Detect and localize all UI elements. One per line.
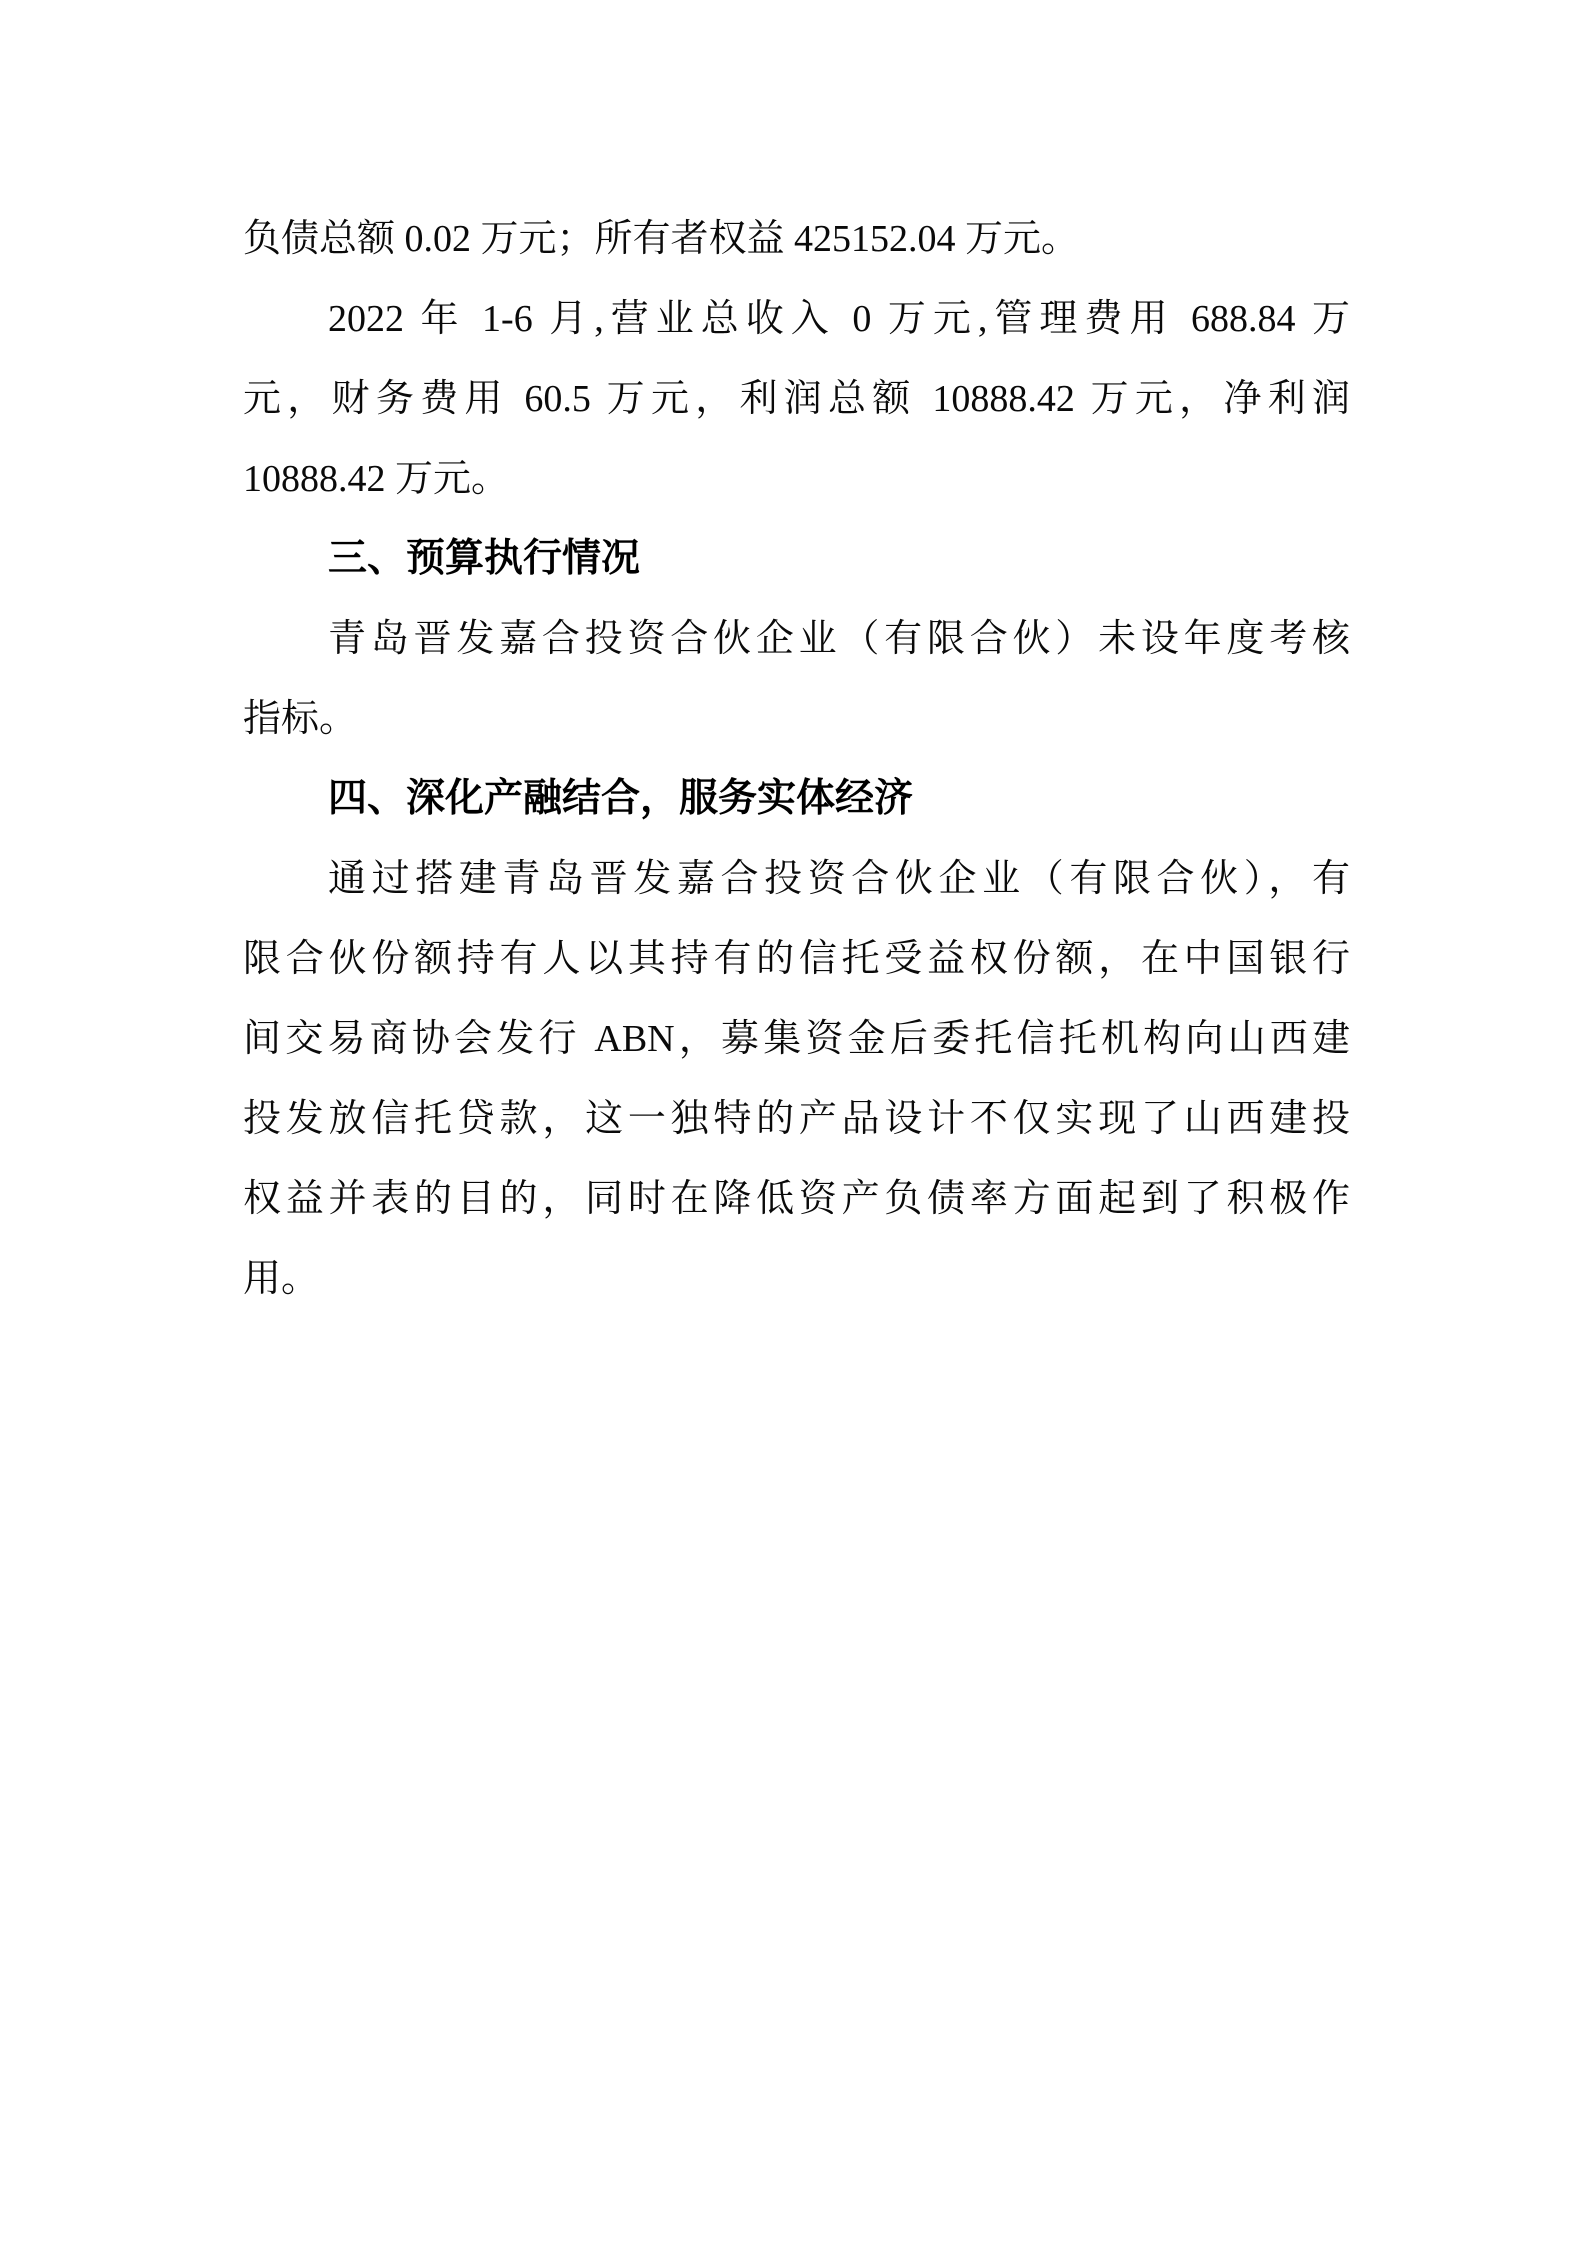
paragraph-line: 通过搭建青岛晋发嘉合投资合伙企业（有限合伙），有 — [243, 839, 1350, 919]
paragraph-line: 投发放信托贷款，这一独特的产品设计不仅实现了山西建投 — [243, 1079, 1350, 1159]
section-heading: 三、预算执行情况 — [243, 519, 1350, 599]
document-page: 负债总额 0.02 万元；所有者权益 425152.04 万元。2022 年 1… — [0, 0, 1587, 2245]
paragraph-line: 用。 — [243, 1239, 1350, 1319]
paragraph-line: 限合伙份额持有人以其持有的信托受益权份额，在中国银行 — [243, 919, 1350, 999]
paragraph-line: 10888.42 万元。 — [243, 439, 1350, 519]
paragraph-line: 元，财务费用 60.5 万元，利润总额 10888.42 万元，净利润 — [243, 359, 1350, 439]
paragraph-line: 2022 年 1-6 月,营业总收入 0 万元,管理费用 688.84 万 — [243, 279, 1350, 359]
paragraph-line: 负债总额 0.02 万元；所有者权益 425152.04 万元。 — [243, 199, 1350, 279]
document-body: 负债总额 0.02 万元；所有者权益 425152.04 万元。2022 年 1… — [243, 199, 1350, 1319]
paragraph-line: 权益并表的目的，同时在降低资产负债率方面起到了积极作 — [243, 1159, 1350, 1239]
section-heading: 四、深化产融结合，服务实体经济 — [243, 759, 1350, 839]
paragraph-line: 青岛晋发嘉合投资合伙企业（有限合伙）未设年度考核 — [243, 599, 1350, 679]
paragraph-line: 指标。 — [243, 679, 1350, 759]
paragraph-line: 间交易商协会发行 ABN，募集资金后委托信托机构向山西建 — [243, 999, 1350, 1079]
